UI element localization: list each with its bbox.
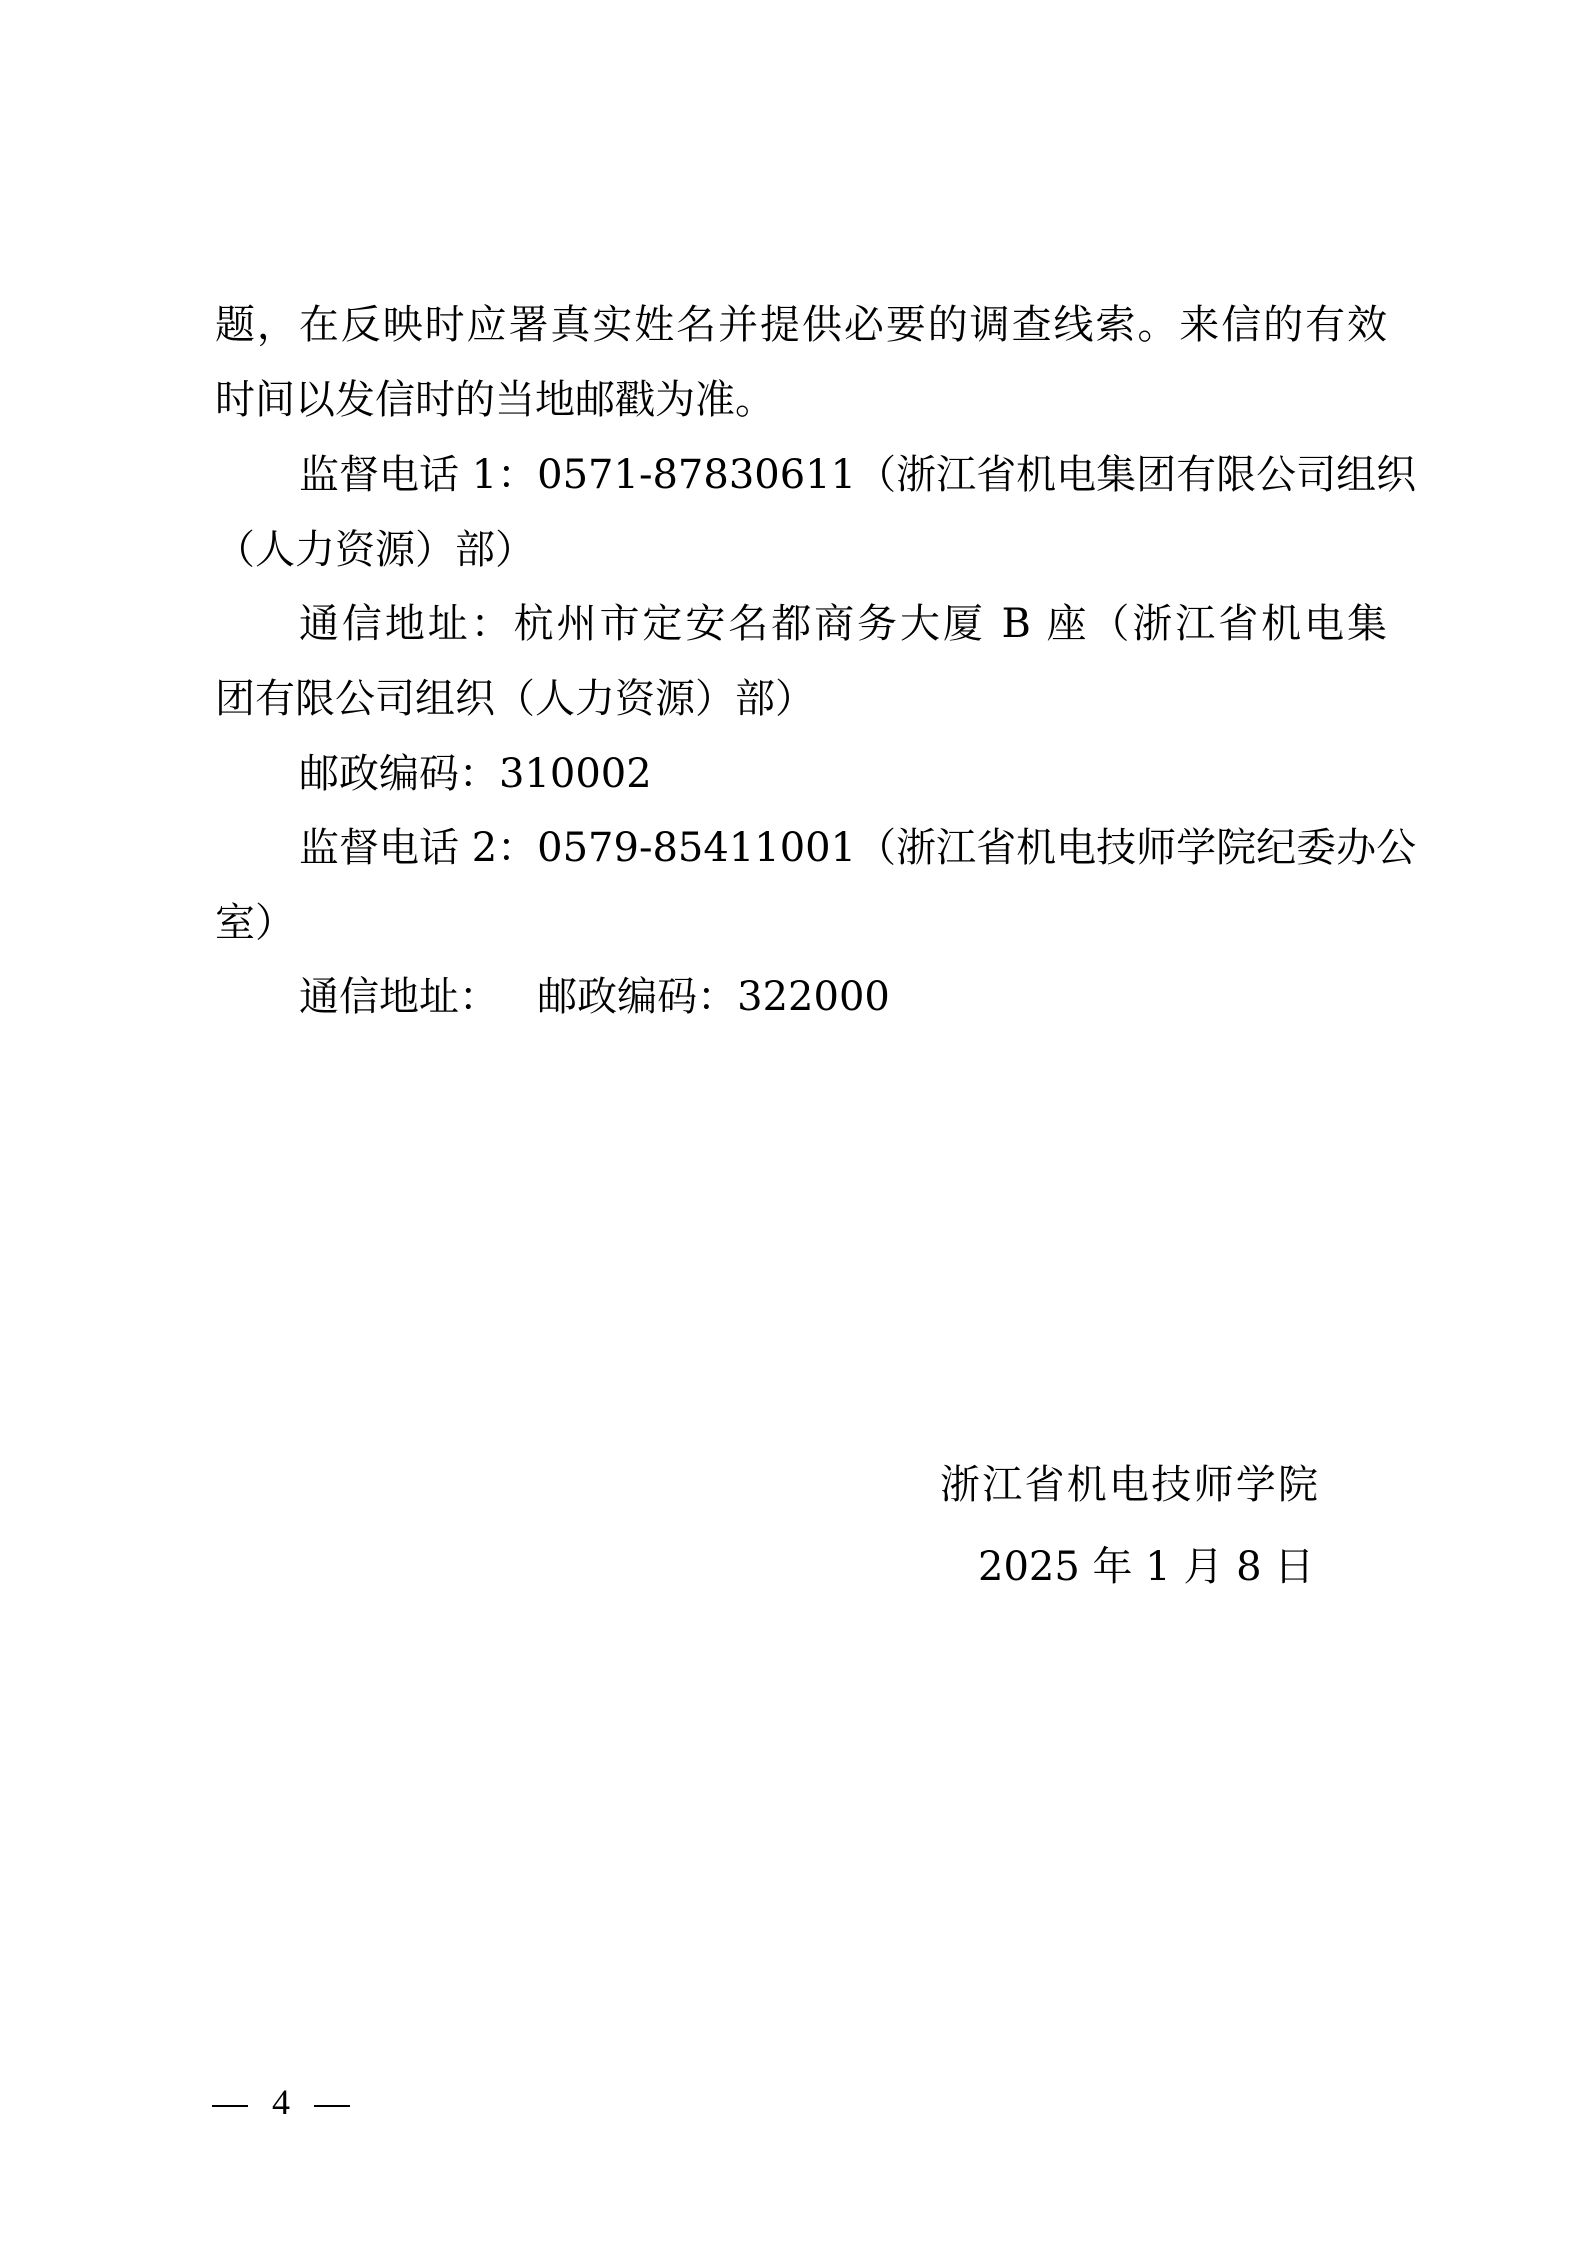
paragraph-line: 时间以发信时的当地邮戳为准。 <box>215 375 775 425</box>
supervision-phone-2-cont: 室） <box>215 898 295 948</box>
paragraph-line: 题，在反映时应署真实姓名并提供必要的调查线索。来信的有效 <box>215 300 1387 350</box>
signature-organization: 浙江省机电技师学院 <box>940 1460 1318 1510</box>
supervision-phone-1-cont: （人力资源）部） <box>215 525 535 575</box>
mailing-address-1: 通信地址：杭州市定安名都商务大厦 B 座（浙江省机电集 <box>299 599 1387 649</box>
signature-date: 2025 年 1 月 8 日 <box>978 1542 1314 1592</box>
mailing-address-1-cont: 团有限公司组织（人力资源）部） <box>215 674 815 724</box>
mailing-address-2: 通信地址： 邮政编码：322000 <box>299 972 890 1022</box>
page-number-value: 4 <box>272 2080 290 2124</box>
postal-code-1: 邮政编码：310002 <box>299 749 652 799</box>
document-page: 题，在反映时应署真实姓名并提供必要的调查线索。来信的有效 时间以发信时的当地邮戳… <box>0 0 1587 2245</box>
supervision-phone-1: 监督电话 1：0571-87830611（浙江省机电集团有限公司组织 <box>299 450 1387 500</box>
page-number: 4 <box>212 2080 350 2124</box>
supervision-phone-2: 监督电话 2：0579-85411001（浙江省机电技师学院纪委办公 <box>299 823 1387 873</box>
page-number-dash-left <box>212 2105 248 2107</box>
page-number-dash-right <box>314 2105 350 2107</box>
